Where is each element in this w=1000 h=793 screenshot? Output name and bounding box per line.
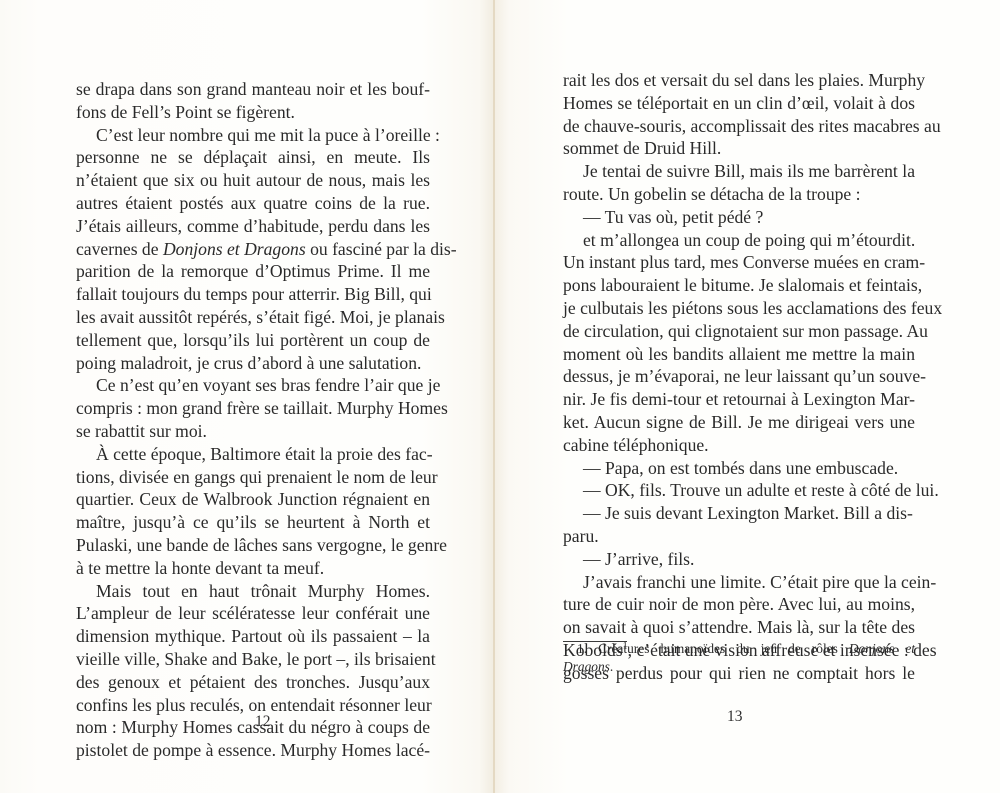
text-line: cavernes de Donjons et Dragons ou fascin…	[76, 238, 430, 261]
text-line: Mais tout en haut trônait Murphy Homes.	[76, 580, 430, 603]
footnote-text: 1. Créatures humanoïdes du jeu de rôles	[577, 641, 849, 656]
text-line: sommet de Druid Hill.	[563, 137, 915, 160]
text-line: pistolet de pompe à essence. Murphy Home…	[76, 739, 430, 762]
text-line: J’avais franchi une limite. C’était pire…	[563, 571, 915, 594]
text-line: Pulaski, une bande de lâches sans vergog…	[76, 534, 430, 557]
text-line: vieille ville, Shake and Bake, le port –…	[76, 648, 430, 671]
text-line: on savait à quoi s’attendre. Mais là, su…	[563, 616, 915, 639]
footnote: 1. Créatures humanoïdes du jeu de rôles …	[563, 640, 915, 676]
text-line: — J’arrive, fils.	[563, 548, 915, 571]
text-line: ket. Aucun signe de Bill. Je me dirigeai…	[563, 411, 915, 434]
text-line: nom : Murphy Homes cassait du négro à co…	[76, 716, 430, 739]
book-spread: se drapa dans son grand manteau noir et …	[0, 0, 1000, 793]
text-line: — OK, fils. Trouve un adulte et reste à …	[563, 479, 915, 502]
text-segment: cavernes de	[76, 239, 163, 259]
book-spine	[493, 0, 495, 793]
text-line: personne ne se déplaçait ainsi, en meute…	[76, 146, 430, 169]
text-line: rait les dos et versait du sel dans les …	[563, 69, 915, 92]
text-line: Ce n’est qu’en voyant ses bras fendre l’…	[76, 374, 430, 397]
text-line: tions, divisée en gangs qui prenaient le…	[76, 466, 430, 489]
text-line: des genoux et pétaient des tronches. Jus…	[76, 671, 430, 694]
page-number-left: 12	[255, 713, 271, 731]
text-line: poing maladroit, je crus d’abord à une s…	[76, 352, 430, 375]
footnote-line-1: 1. Créatures humanoïdes du jeu de rôles …	[563, 640, 915, 658]
text-line: fallait toujours du temps pour atterrir.…	[76, 283, 430, 306]
page-number-right: 13	[727, 708, 743, 726]
text-line: fons de Fell’s Point se figèrent.	[76, 101, 430, 124]
right-page-body-text: rait les dos et versait du sel dans les …	[563, 69, 915, 685]
italic-title: Donjons et Dragons	[163, 239, 306, 259]
footnote-line-2: Dragons.	[563, 658, 915, 676]
text-line: compris : mon grand frère se taillait. M…	[76, 397, 430, 420]
text-line: autres étaient postés aux quatre coins d…	[76, 192, 430, 215]
text-line: de circulation, qui clignotaient sur mon…	[563, 320, 915, 343]
text-line: cabine téléphonique.	[563, 434, 915, 457]
text-line: nir. Je fis demi-tour et retournai à Lex…	[563, 388, 915, 411]
text-line: paru.	[563, 525, 915, 548]
text-line: route. Un gobelin se détacha de la troup…	[563, 183, 915, 206]
text-line: se drapa dans son grand manteau noir et …	[76, 78, 430, 101]
text-line: J’étais ailleurs, comme d’habitude, perd…	[76, 215, 430, 238]
text-line: je culbutais les piétons sous les acclam…	[563, 297, 915, 320]
text-segment: ou fasciné par la dis-	[306, 239, 457, 259]
text-line: parition de la remorque d’Optimus Prime.…	[76, 260, 430, 283]
text-line: maître, jusqu’à ce qu’ils se heurtent à …	[76, 511, 430, 534]
text-line: et m’allongea un coup de poing qui m’éto…	[563, 229, 915, 252]
text-line: pons labouraient le bitume. Je slalomais…	[563, 274, 915, 297]
text-line: ture de cuir noir de mon père. Avec lui,…	[563, 593, 915, 616]
text-line: — Tu vas où, petit pédé ?	[563, 206, 915, 229]
text-line: À cette époque, Baltimore était la proie…	[76, 443, 430, 466]
text-line: de chauve-souris, accomplissait des rite…	[563, 115, 915, 138]
text-line: quartier. Ceux de Walbrook Junction régn…	[76, 488, 430, 511]
text-line: les avait aussitôt repérés, s’était figé…	[76, 306, 430, 329]
text-line: — Je suis devant Lexington Market. Bill …	[563, 502, 915, 525]
footnote-italic-title-cont: Dragons	[563, 659, 610, 674]
footnote-italic-title: Donjons et	[849, 641, 915, 656]
text-line: tellement que, lorsqu’ils lui portèrent …	[76, 329, 430, 352]
footnote-period: .	[610, 659, 613, 674]
text-line: Un instant plus tard, mes Converse muées…	[563, 251, 915, 274]
text-line: — Papa, on est tombés dans une embuscade…	[563, 457, 915, 480]
text-line: se rabattit sur moi.	[76, 420, 430, 443]
text-line: à te mettre la honte devant ta meuf.	[76, 557, 430, 580]
text-line: C’est leur nombre qui me mit la puce à l…	[76, 124, 430, 147]
left-page-body-text: se drapa dans son grand manteau noir et …	[76, 78, 430, 762]
text-line: n’étaient que six ou huit autour de nous…	[76, 169, 430, 192]
text-line: confins les plus reculés, on entendait r…	[76, 694, 430, 717]
text-line: moment où les bandits allaient me mettre…	[563, 343, 915, 366]
text-line: dessus, je m’évaporai, ne leur laissant …	[563, 365, 915, 388]
text-line: dimension mythique. Partout où ils passa…	[76, 625, 430, 648]
text-line: Je tentai de suivre Bill, mais ils me ba…	[563, 160, 915, 183]
text-line: L’ampleur de leur scélératesse leur conf…	[76, 602, 430, 625]
text-line: Homes se téléportait en un clin d’œil, v…	[563, 92, 915, 115]
